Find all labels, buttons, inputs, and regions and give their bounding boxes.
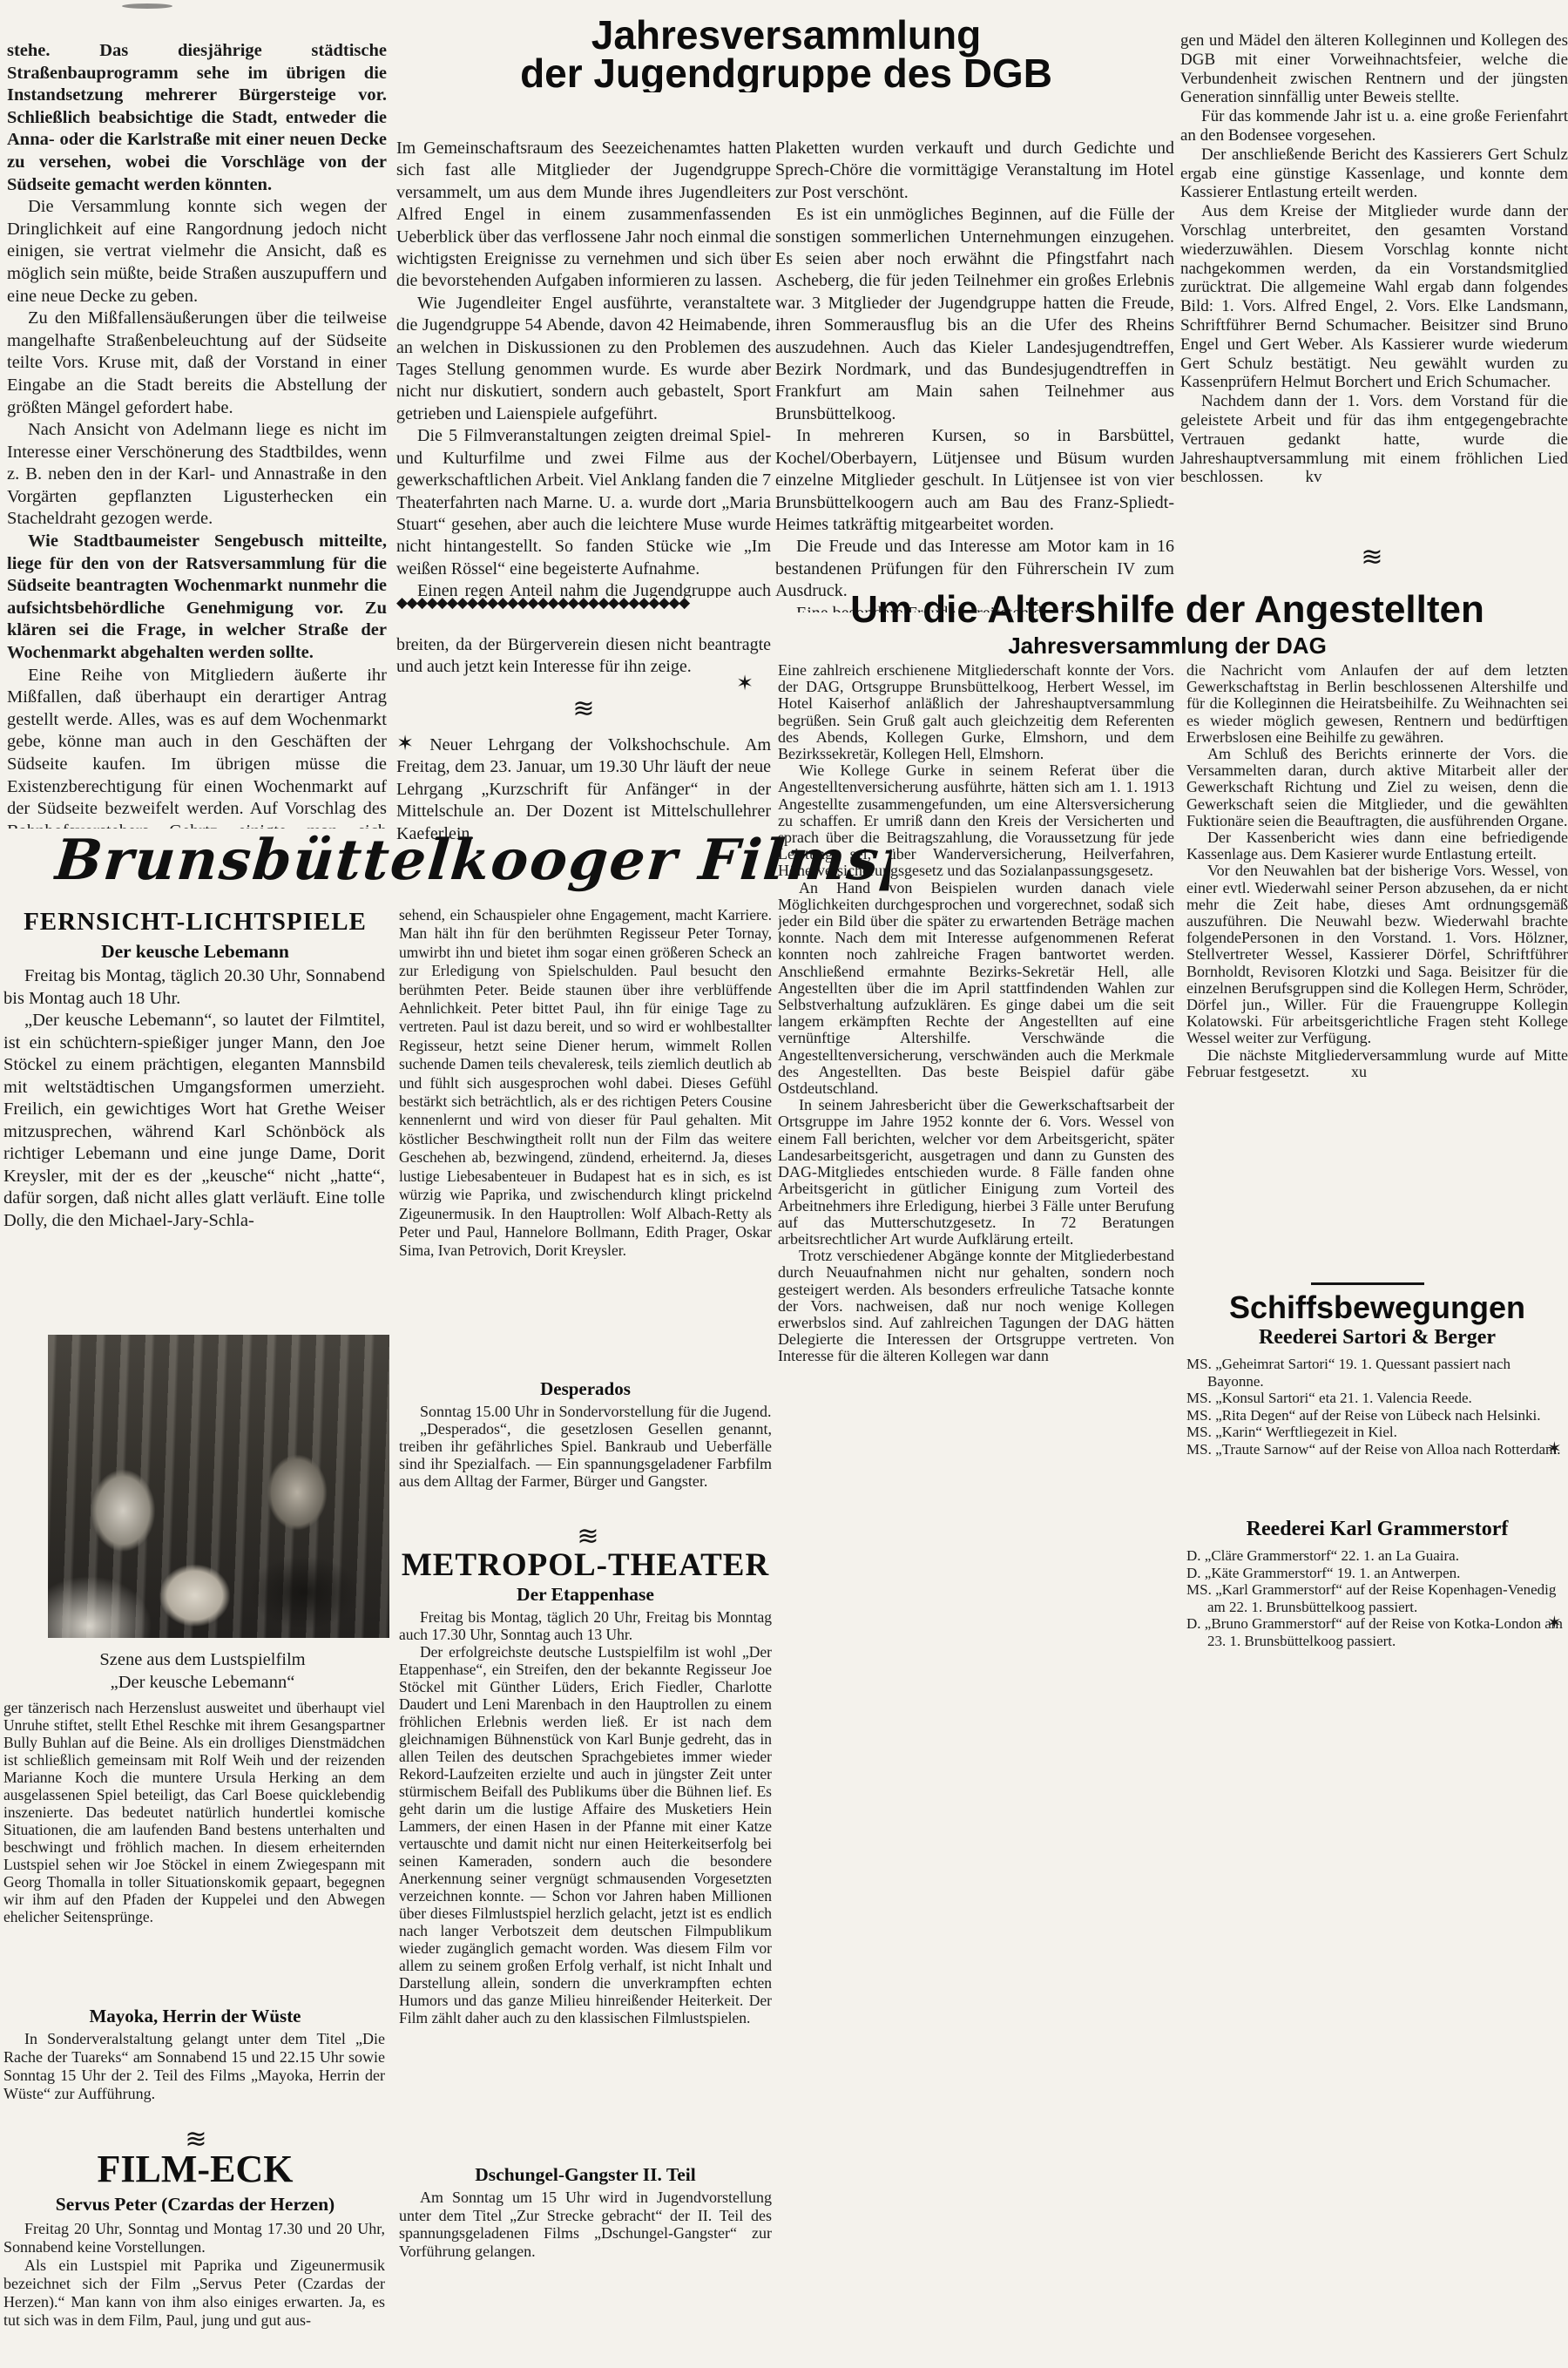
shipping-entry: MS. „Karin“ Werftliegezeit in Kiel. — [1186, 1424, 1568, 1441]
article-paragraph: breiten, da der Bürgerverein diesen nich… — [396, 634, 771, 679]
film-still-photo — [48, 1335, 389, 1638]
showtimes: Freitag bis Montag, täglich 20 Uhr, Frei… — [399, 1608, 772, 1643]
notice-star-icon: ✶ — [396, 734, 414, 755]
dgb-paragraph: Wie Jugendleiter Engel ausführte, verans… — [396, 293, 771, 425]
film-title-etappenhase: Der Etappenhase — [399, 1584, 772, 1606]
film-review: ger tänzerisch nach Herzenslust ausweite… — [3, 1699, 385, 1925]
shipping-entry: MS. „Konsul Sartori“ eta 21. 1. Valencia… — [1186, 1390, 1568, 1407]
dag-paragraph: Eine zahlreich erschienene Mitgliedersch… — [778, 662, 1174, 762]
dag-paragraph: Die nächste Mitgliederversammlung wurde … — [1186, 1047, 1568, 1080]
notice-lead: Neuer Lehrgang der Volkshochschule. — [429, 735, 730, 754]
strassenbau-continuation: breiten, da der Bürgerverein diesen nich… — [396, 634, 771, 679]
dag-subhead: Jahresversammlung der DAG — [767, 633, 1568, 660]
shipping-entry-text: D. „Bruno Grammerstorf“ auf der Reise vo… — [1186, 1615, 1563, 1649]
shipping-company-2: Reederei Karl Grammerstorf — [1186, 1518, 1568, 1541]
fernsicht-body-2: ger tänzerisch nach Herzenslust ausweite… — [3, 1699, 385, 2002]
metropol-body: Freitag bis Montag, täglich 20 Uhr, Frei… — [399, 1608, 772, 2159]
metropol-header: METROPOL-THEATER — [399, 1546, 772, 1584]
photo-caption: Szene aus dem Lustspielfilm „Der keusche… — [26, 1648, 379, 1694]
dgb-paragraph: Plaketten wurden verkauft und durch Gedi… — [775, 138, 1174, 204]
dag-column-1: Eine zahlreich erschienene Mitgliedersch… — [778, 662, 1174, 1590]
desperados-body: Sonntag 15.00 Uhr in Sondervorstellung f… — [399, 1403, 772, 1490]
dag-paragraph: Der Kassenbericht wies dann eine befried… — [1186, 829, 1568, 863]
wave-separator: ≋ — [1333, 542, 1411, 572]
dag-column-2: die Nachricht vom Anlaufen der auf dem l… — [1186, 662, 1568, 1276]
dgb-paragraph: Die 5 Filmveranstaltungen zeigten dreima… — [396, 425, 771, 580]
shipping-list-2: D. „Cläre Grammerstorf“ 22. 1. an La Gua… — [1186, 1547, 1568, 1649]
dgb-paragraph: Nachdem dann der 1. Vors. dem Vorstand f… — [1180, 392, 1568, 487]
film-review: sehend, ein Schauspieler ohne Engagement… — [399, 906, 772, 1261]
showtimes: Freitag bis Montag, täglich 20.30 Uhr, S… — [3, 965, 385, 1010]
article-paragraph: Wie Stadtbaumeister Sengebusch mitteilte… — [7, 531, 387, 665]
dag-paragraph: Am Schluß des Berichts erinnerte der Vor… — [1186, 746, 1568, 829]
article-paragraph: Nach Ansicht von Adelmann liege es nicht… — [7, 419, 387, 531]
newspaper-page: stehe. Das diesjährige städtische Straße… — [0, 0, 1568, 2368]
shipping-company-1: Reederei Sartori & Berger — [1186, 1326, 1568, 1350]
shipping-entry-text: MS. „Traute Sarnow“ auf der Reise von Al… — [1186, 1441, 1560, 1458]
dag-paragraph-text: Die nächste Mitgliederversammlung wurde … — [1186, 1046, 1568, 1080]
dag-paragraph: Trotz verschiedener Abgänge konnte der M… — [778, 1248, 1174, 1364]
article-paragraph: Eine Reihe von Mitgliedern äußerte ihr M… — [7, 665, 387, 829]
diamond-separator: ◆◆◆◆◆◆◆◆◆◆◆◆◆◆◆◆◆◆◆◆◆◆◆◆◆◆◆◆◆ — [396, 594, 773, 612]
shipping-entry: MS. „Karl Grammerstorf“ auf der Reise Ko… — [1186, 1581, 1568, 1615]
wave-separator: ≋ — [549, 693, 618, 724]
film-review: Als ein Lustspiel mit Paprika und Zigeun… — [3, 2256, 385, 2330]
dgb-paragraph: Es ist ein unmögliches Beginnen, auf die… — [775, 204, 1174, 425]
fernsicht-header: FERNSICHT-LICHTSPIELE — [0, 908, 390, 937]
film-title-dschungel: Dschungel-Gangster II. Teil — [399, 2164, 772, 2186]
filmspiegel-title: Brunsbüttelkooger Filmspiegel — [51, 828, 895, 915]
filmeck-body: Freitag 20 Uhr, Sonntag und Montag 17.30… — [3, 2220, 385, 2365]
dgb-paragraph: Für das kommende Jahr ist u. a. eine gro… — [1180, 107, 1568, 145]
strassenbau-article: stehe. Das diesjährige städtische Straße… — [7, 40, 387, 829]
article-paragraph: Zu den Mißfallensäußerungen über die tei… — [7, 308, 387, 419]
dgb-paragraph: Der anschließende Bericht des Kassierers… — [1180, 145, 1568, 202]
film-review: In Sonderveralstaltung gelangt unter dem… — [3, 2030, 385, 2103]
dgb-signature: kv — [1306, 468, 1322, 486]
dgb-column-1: Im Gemeinschaftsraum des Seezeichenamtes… — [396, 138, 771, 598]
dgb-headline: Jahresversammlung der Jugendgruppe des D… — [396, 16, 1176, 92]
film-review: Der erfolgreichste deutsche Lustspielfil… — [399, 1643, 772, 2026]
showtimes: Sonntag 15.00 Uhr in Sondervorstellung f… — [399, 1403, 772, 1420]
article-paragraph: stehe. Das diesjährige städtische Straße… — [7, 40, 387, 196]
print-smudge — [122, 3, 172, 9]
filmeck-header: FILM-ECK — [0, 2147, 390, 2191]
dgb-headline-line1: Jahresversammlung — [396, 16, 1176, 54]
dgb-paragraph: In mehreren Kursen, so in Barsbüttel, Ko… — [775, 425, 1174, 536]
mayoka-body: In Sonderveralstaltung gelangt unter dem… — [3, 2030, 385, 2103]
film-title-servus: Servus Peter (Czardas der Herzen) — [0, 2194, 390, 2216]
fernsicht-body-1: Freitag bis Montag, täglich 20.30 Uhr, S… — [3, 965, 385, 1331]
dgb-column-2: Plaketten wurden verkauft und durch Gedi… — [775, 138, 1174, 612]
dgb-column-3: gen und Mädel den älteren Kolleginnen un… — [1180, 31, 1568, 554]
end-star-icon: ✶ — [736, 671, 754, 696]
film-review: Am Sonntag um 15 Uhr wird in Jugendvorst… — [399, 2189, 772, 2260]
dgb-paragraph: Im Gemeinschaftsraum des Seezeichenamtes… — [396, 138, 771, 293]
film-title-mayoka: Mayoka, Herrin der Wüste — [0, 2006, 390, 2027]
rule-above-shipping — [1311, 1282, 1424, 1285]
dgb-headline-line2: der Jugendgruppe des DGB — [396, 54, 1176, 92]
dag-paragraph: die Nachricht vom Anlaufen der auf dem l… — [1186, 662, 1568, 746]
shipping-list-1: MS. „Geheimrat Sartori“ 19. 1. Quessant … — [1186, 1356, 1568, 1458]
film-title-keusche: Der keusche Lebemann — [0, 941, 390, 963]
shipping-header: Schiffsbewegungen — [1186, 1289, 1568, 1326]
servus-continuation: sehend, ein Schauspieler ohne Engagement… — [399, 906, 772, 1377]
dag-signature: xu — [1351, 1063, 1367, 1080]
photo-caption-line2: „Der keusche Lebemann“ — [26, 1671, 379, 1694]
film-review: „Desperados“, die gesetzlosen Gesellen g… — [399, 1420, 772, 1490]
showtimes: Freitag 20 Uhr, Sonntag und Montag 17.30… — [3, 2220, 385, 2256]
shipping-entry: D. „Käte Grammerstorf“ 19. 1. an Antwerp… — [1186, 1565, 1568, 1582]
dgb-paragraph: gen und Mädel den älteren Kolleginnen un… — [1180, 31, 1568, 107]
shipping-entry: ✶D. „Bruno Grammerstorf“ auf der Reise v… — [1186, 1615, 1568, 1649]
photo-caption-line1: Szene aus dem Lustspielfilm — [26, 1648, 379, 1671]
shipping-entry: MS. „Rita Degen“ auf der Reise von Lübec… — [1186, 1407, 1568, 1424]
article-paragraph: Die Versammlung konnte sich wegen der Dr… — [7, 196, 387, 308]
shipping-entry: MS. „Geheimrat Sartori“ 19. 1. Quessant … — [1186, 1356, 1568, 1390]
dag-paragraph: Vor den Neuwahlen bat der bisherige Vors… — [1186, 863, 1568, 1046]
shipping-entry: ✶MS. „Traute Sarnow“ auf der Reise von A… — [1186, 1441, 1568, 1458]
dgb-paragraph-text: Nachdem dann der 1. Vors. dem Vorstand f… — [1180, 392, 1568, 486]
dgb-paragraph: Aus dem Kreise der Mitglieder wurde dann… — [1180, 202, 1568, 392]
dschungel-body: Am Sonntag um 15 Uhr wird in Jugendvorst… — [399, 2189, 772, 2260]
dag-headline: Um die Altershilfe der Angestellten — [767, 591, 1568, 629]
film-title-desperados: Desperados — [399, 1378, 772, 1400]
film-review: „Der keusche Lebemann“, so lautet der Fi… — [3, 1010, 385, 1232]
dag-paragraph: In seinem Jahresbericht über die Gewerks… — [778, 1097, 1174, 1248]
shipping-entry: D. „Cläre Grammerstorf“ 22. 1. an La Gua… — [1186, 1547, 1568, 1565]
